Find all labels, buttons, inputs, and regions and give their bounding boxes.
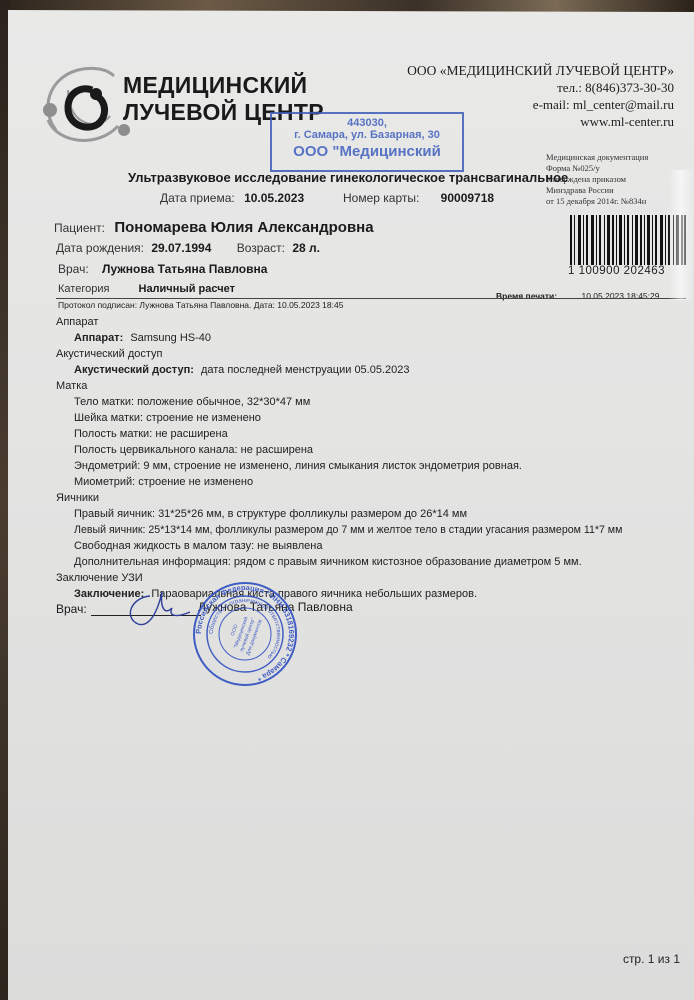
ovaries-item: Правый яичник: 31*25*26 мм, в структуре … xyxy=(74,508,467,520)
ovaries-item: Левый яичник: 25*13*14 мм, фолликулы раз… xyxy=(74,524,622,536)
category-value: Наличный расчет xyxy=(139,283,235,295)
signature-label: Врач: xyxy=(56,602,87,616)
visit-date-label: Дата приема: xyxy=(160,191,235,205)
ovaries-item: Дополнительная информация: рядом с правы… xyxy=(74,556,582,568)
category-row: Категория Наличный расчет xyxy=(58,283,235,295)
uterus-item: Миометрий: строение не изменено xyxy=(74,476,253,488)
uterus-item: Тело матки: положение обычное, 32*30*47 … xyxy=(74,396,310,408)
section-heading-conclusion: Заключение УЗИ xyxy=(56,572,143,584)
card-number-value: 90009718 xyxy=(441,191,494,205)
apparatus-item: Аппарат: Samsung HS-40 xyxy=(74,332,211,344)
ovaries-item: Свободная жидкость в малом тазу: не выяв… xyxy=(74,540,322,552)
uterus-item: Эндометрий: 9 мм, строение не изменено, … xyxy=(74,460,522,472)
photo-glare xyxy=(668,170,694,300)
organization-name: ООО «МЕДИЦИНСКИЙ ЛУЧЕВОЙ ЦЕНТР» xyxy=(407,62,674,79)
print-time-value: 10.05.2023 18:45:29 xyxy=(581,291,659,301)
stamp-address: г. Самара, ул. Базарная, 30 xyxy=(272,129,462,141)
address-stamp: 443030, г. Самара, ул. Базарная, 30 ООО … xyxy=(270,112,464,172)
section-heading-uterus: Матка xyxy=(56,380,87,392)
dob-row: Дата рождения: 29.07.1994 Возраст: 28 л. xyxy=(56,241,320,255)
print-time-label: Время печати: xyxy=(496,291,557,301)
round-seal-stamp-icon: Российская Федерация * ИНН 6318169232 * … xyxy=(191,580,299,688)
visit-date-value: 10.05.2023 xyxy=(244,191,304,205)
apparatus-value: Samsung HS-40 xyxy=(130,332,211,344)
doctor-name: Лужнова Татьяна Павловна xyxy=(102,262,267,276)
uterus-item: Шейка матки: строение не изменено xyxy=(74,412,261,424)
age-value: 28 л. xyxy=(292,241,320,255)
logo-icon xyxy=(38,60,130,152)
uterus-item: Полость матки: не расширена xyxy=(74,428,228,440)
protocol-signed: Протокол подписан: Лужнова Татьяна Павло… xyxy=(58,300,343,310)
doctor-label: Врач: xyxy=(58,262,89,276)
organization-email: e-mail: ml_center@mail.ru xyxy=(407,96,674,113)
apparatus-label: Аппарат: xyxy=(74,332,123,344)
report-title: Ультразвуковое исследование гинекологиче… xyxy=(128,170,568,185)
category-label: Категория xyxy=(58,283,109,295)
visit-date-row: Дата приема: 10.05.2023 xyxy=(160,191,304,205)
form-info-line: Минздрава России xyxy=(546,185,648,196)
patient-name: Пономарева Юлия Александровна xyxy=(114,219,373,236)
form-info-line: от 15 декабря 2014г. №834н xyxy=(546,196,648,207)
stamp-postal-code: 443030, xyxy=(272,117,462,129)
document-page: МЕДИЦИНСКИЙ ЛУЧЕВОЙ ЦЕНТР ООО «МЕДИЦИНСК… xyxy=(8,10,694,1000)
age-label: Возраст: xyxy=(237,241,285,255)
barcode-number: 1 100900 202463 xyxy=(568,265,665,277)
card-number-row: Номер карты: 90009718 xyxy=(343,191,494,205)
access-label: Акустический доступ: xyxy=(74,364,194,376)
card-number-label: Номер карты: xyxy=(343,191,419,205)
uterus-item: Полость цервикального канала: не расшире… xyxy=(74,444,313,456)
patient-row: Пациент: Пономарева Юлия Александровна xyxy=(54,219,374,236)
patient-label: Пациент: xyxy=(54,221,105,235)
access-item: Акустический доступ: дата последней менс… xyxy=(74,364,410,376)
form-info-line: Медицинская документация xyxy=(546,152,648,163)
doctor-row: Врач: Лужнова Татьяна Павловна xyxy=(58,262,267,276)
print-time-row: Время печати: 10.05.2023 18:45:29 xyxy=(496,291,659,301)
organization-phone: тел.: 8(846)373-30-30 xyxy=(407,79,674,96)
logo-line-1: МЕДИЦИНСКИЙ xyxy=(123,72,324,99)
access-value: дата последней менструации 05.05.2023 xyxy=(201,364,410,376)
divider xyxy=(56,298,686,299)
section-heading-access: Акустический доступ xyxy=(56,348,163,360)
section-heading-ovaries: Яичники xyxy=(56,492,99,504)
stamp-org-name: ООО "Медицинский xyxy=(272,143,462,160)
dob-value: 29.07.1994 xyxy=(151,241,211,255)
dob-label: Дата рождения: xyxy=(56,241,144,255)
section-heading-apparatus: Аппарат xyxy=(56,316,98,328)
page-number: стр. 1 из 1 xyxy=(623,952,680,966)
